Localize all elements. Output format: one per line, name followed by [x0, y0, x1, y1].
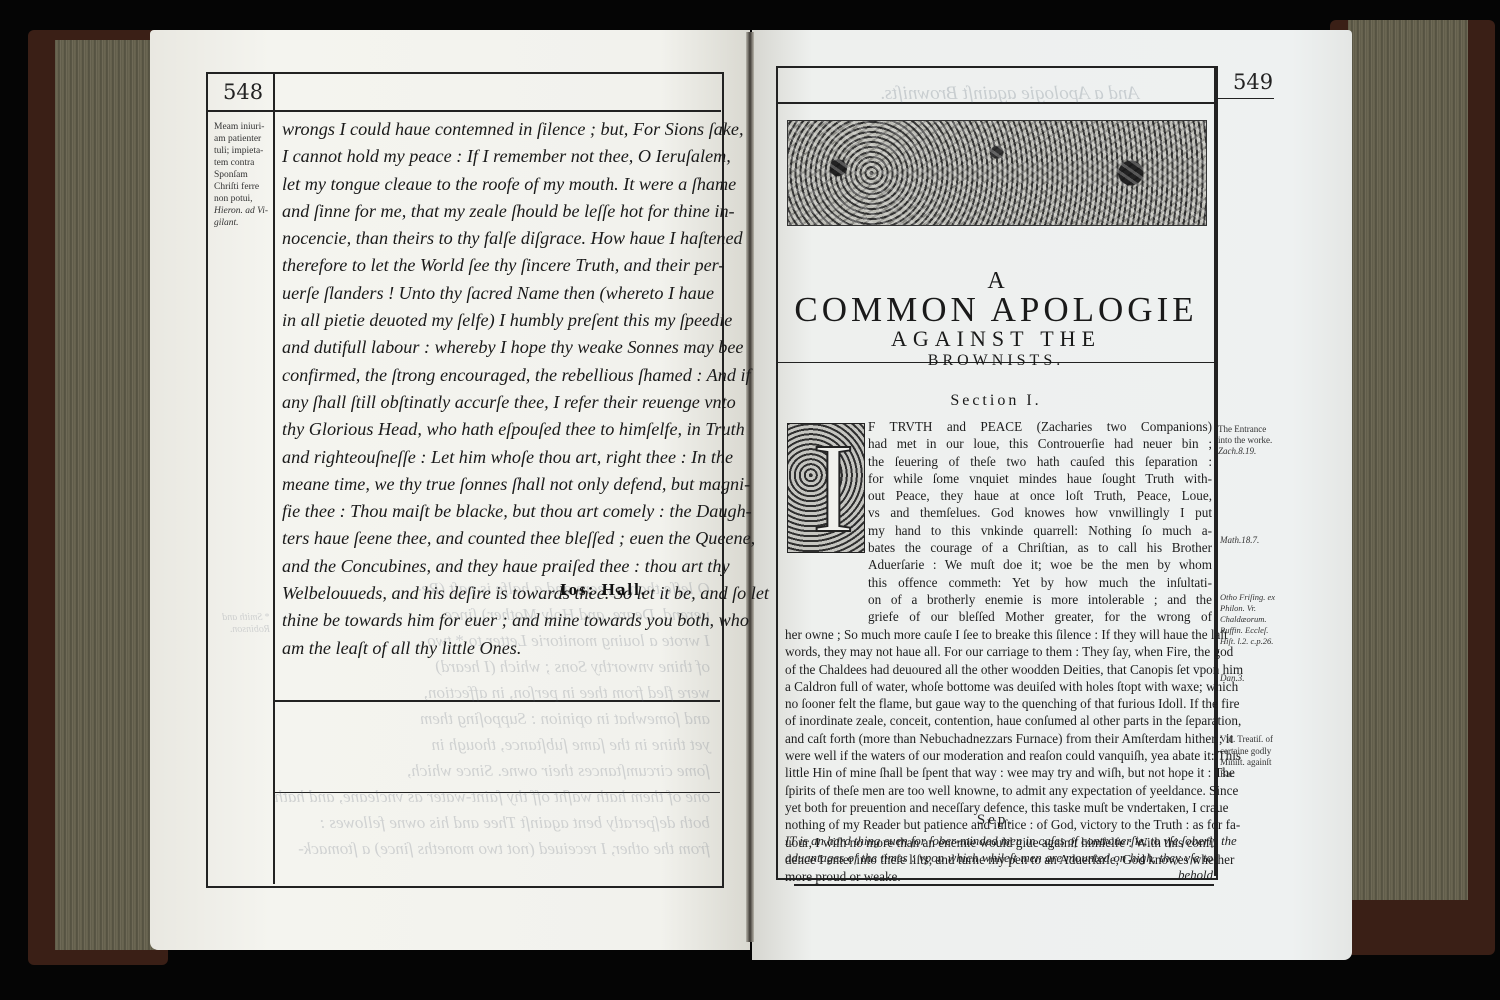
left-margin-column-rule — [273, 74, 275, 884]
title-sub: AGAINST THE — [787, 326, 1205, 352]
section-text-indented: F TRVTH and PEACE (Zacharies two Compani… — [868, 418, 1212, 626]
title-sub2: BROWNISTS. — [787, 352, 1205, 370]
page-edges-left — [55, 40, 155, 950]
margin-note-dan: Dan.3. — [1220, 672, 1276, 684]
left-margin-note: Meam iniuri- am patienter tuli; impieta-… — [214, 121, 270, 229]
decorated-drop-cap: I — [787, 423, 865, 553]
margin-note-treatise: Vid. Treatiſ. of certaine godly Miniſt. … — [1220, 734, 1278, 780]
section-heading: Section I. — [787, 392, 1205, 410]
page-number-right: 549 — [1233, 70, 1273, 94]
signature-ios-hall: Ios: Hall. — [560, 580, 647, 600]
bleedthrough-margin-left: * Smith and Robinson. — [215, 612, 270, 636]
margin-note-math: Math.18.7. — [1220, 534, 1276, 546]
margin-note-otho: Otho Friſing. ex Philon. Vr. Chaldæorum.… — [1220, 592, 1278, 647]
title-main: COMMON APOLOGIE — [787, 290, 1205, 330]
woodcut-headpiece-ornament — [787, 120, 1207, 226]
left-header-rule — [207, 110, 721, 112]
page-edges-right — [1348, 20, 1468, 900]
right-header-rule-margin — [1216, 98, 1274, 99]
sep-text: IT is an hard thing euen for ſober-minde… — [785, 833, 1213, 884]
dedication-text: wrongs I could haue contemned in ſilence… — [282, 116, 712, 662]
sep-heading: Sep. — [787, 812, 1205, 829]
catchword: behold — [785, 867, 1213, 884]
margin-note-entrance: The Entrance into the worke. Zach.8.19. — [1218, 424, 1276, 457]
page-number-left: 548 — [223, 80, 263, 104]
running-head-bleedthrough: And a Apologie againſt Browniſts. — [880, 83, 1139, 105]
